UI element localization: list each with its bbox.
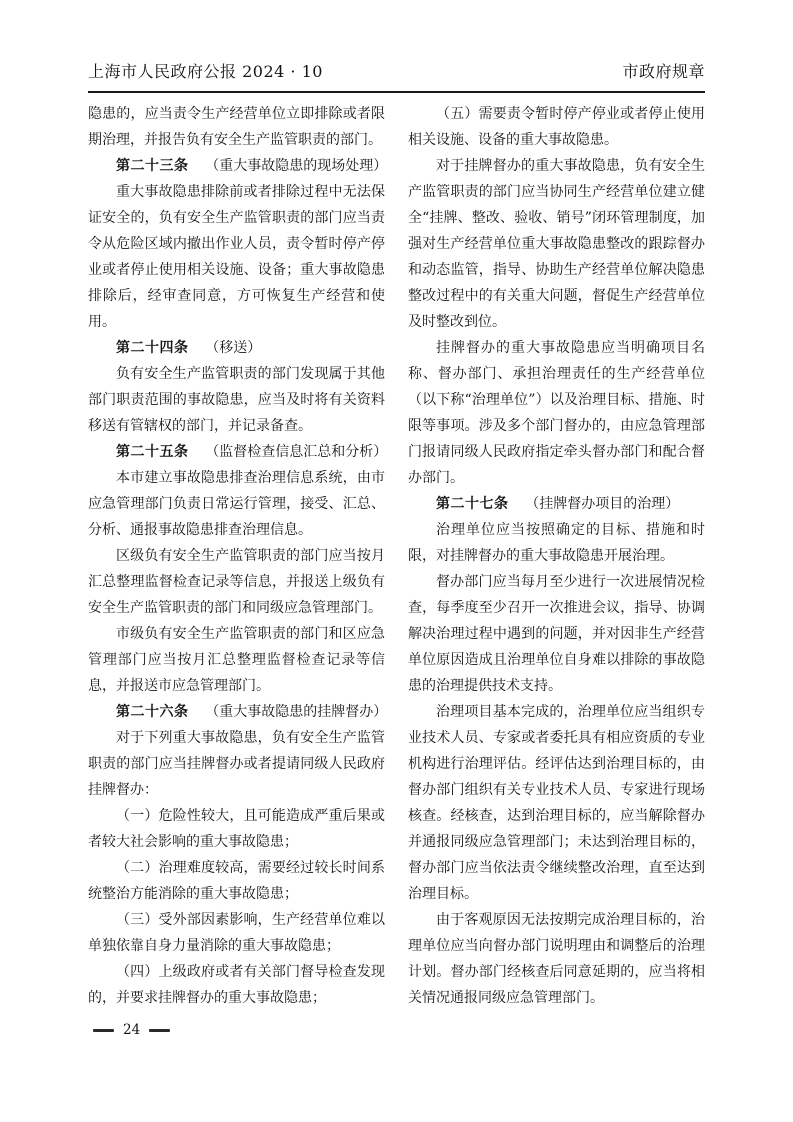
list-item-paragraph: （四）上级政府或者有关部门督导检查发现的，并要求挂牌督办的重大事故隐患； [88,959,385,1011]
section-label: 市政府规章 [622,59,705,82]
article-heading: 第二十四条（移送） [88,335,385,361]
paragraph: 重大事故隐患排除前或者排除过程中无法保证安全的，负有安全生产监管职责的部门应当责… [88,179,385,335]
paragraph: 治理项目基本完成的，治理单位应当组织专业技术人员、专家或者委托具有相应资质的专业… [408,699,705,907]
article-title: （重大事故隐患的挂牌督办） [205,704,387,720]
page-footer: 24 [93,1022,170,1038]
paragraph: 治理单位应当按照确定的目标、措施和时限，对挂牌督办的重大事故隐患开展治理。 [408,517,705,569]
footer-dash-right [149,1029,170,1032]
article-heading: 第二十六条（重大事故隐患的挂牌督办） [88,699,385,725]
paragraph: 本市建立事故隐患排查治理信息系统，由市应急管理部门负责日常运行管理，接受、汇总、… [88,465,385,543]
paragraph: 挂牌督办的重大事故隐患应当明确项目名称、督办部门、承担治理责任的生产经营单位（以… [408,335,705,491]
text-columns: 隐患的，应当责令生产经营单位立即排除或者限期治理，并报告负有安全生产监管职责的部… [88,101,705,1011]
article-title: （移送） [205,340,261,356]
list-item-paragraph: （三）受外部因素影响，生产经营单位难以单独依靠自身力量消除的重大事故隐患； [88,907,385,959]
article-number: 第二十七条 [436,496,509,512]
paragraph: 区级负有安全生产监管职责的部门应当按月汇总整理监督检查记录等信息，并报送上级负有… [88,543,385,621]
list-item-paragraph: （五）需要责令暂时停产停业或者停止使用相关设施、设备的重大事故隐患。 [408,101,705,153]
article-heading: 第二十五条（监督检查信息汇总和分析） [88,439,385,465]
list-item-paragraph: （一）危险性较大，且可能造成严重后果或者较大社会影响的重大事故隐患； [88,803,385,855]
gazette-title: 上海市人民政府公报 2024 · 10 [88,59,323,82]
left-column: 隐患的，应当责令生产经营单位立即排除或者限期治理，并报告负有安全生产监管职责的部… [88,101,385,1011]
paragraph: 督办部门应当每月至少进行一次进展情况检查，每季度至少召开一次推进会议，指导、协调… [408,569,705,699]
paragraph: 由于客观原因无法按期完成治理目标的，治理单位应当向督办部门说明理由和调整后的治理… [408,907,705,1011]
paragraph: 隐患的，应当责令生产经营单位立即排除或者限期治理，并报告负有安全生产监管职责的部… [88,101,385,153]
article-title: （挂牌督办项目的治理） [525,496,679,512]
paragraph: 对于下列重大事故隐患，负有安全生产监管职责的部门应当挂牌督办或者提请同级人民政府… [88,725,385,803]
article-number: 第二十六条 [116,704,189,720]
article-number: 第二十四条 [116,340,189,356]
paragraph: 市级负有安全生产监管职责的部门和区应急管理部门应当按月汇总整理监督检查记录等信息… [88,621,385,699]
right-column: （五）需要责令暂时停产停业或者停止使用相关设施、设备的重大事故隐患。 对于挂牌督… [408,101,705,1011]
article-number: 第二十三条 [116,158,189,174]
paragraph: 对于挂牌督办的重大事故隐患，负有安全生产监管职责的部门应当协同生产经营单位建立健… [408,153,705,335]
gazette-page: 上海市人民政府公报 2024 · 10 市政府规章 隐患的，应当责令生产经营单位… [0,0,793,1122]
paragraph: 负有安全生产监管职责的部门发现属于其他部门职责范围的事故隐患，应当及时将有关资料… [88,361,385,439]
footer-dash-left [93,1029,114,1032]
article-title: （监督检查信息汇总和分析） [205,444,387,460]
article-title: （重大事故隐患的现场处理） [205,158,387,174]
article-heading: 第二十三条（重大事故隐患的现场处理） [88,153,385,179]
list-item-paragraph: （二）治理难度较高，需要经过较长时间系统整治方能消除的重大事故隐患； [88,855,385,907]
page-header: 上海市人民政府公报 2024 · 10 市政府规章 [88,56,705,93]
page-number: 24 [123,1022,140,1038]
article-heading: 第二十七条（挂牌督办项目的治理） [408,491,705,517]
article-number: 第二十五条 [116,444,189,460]
